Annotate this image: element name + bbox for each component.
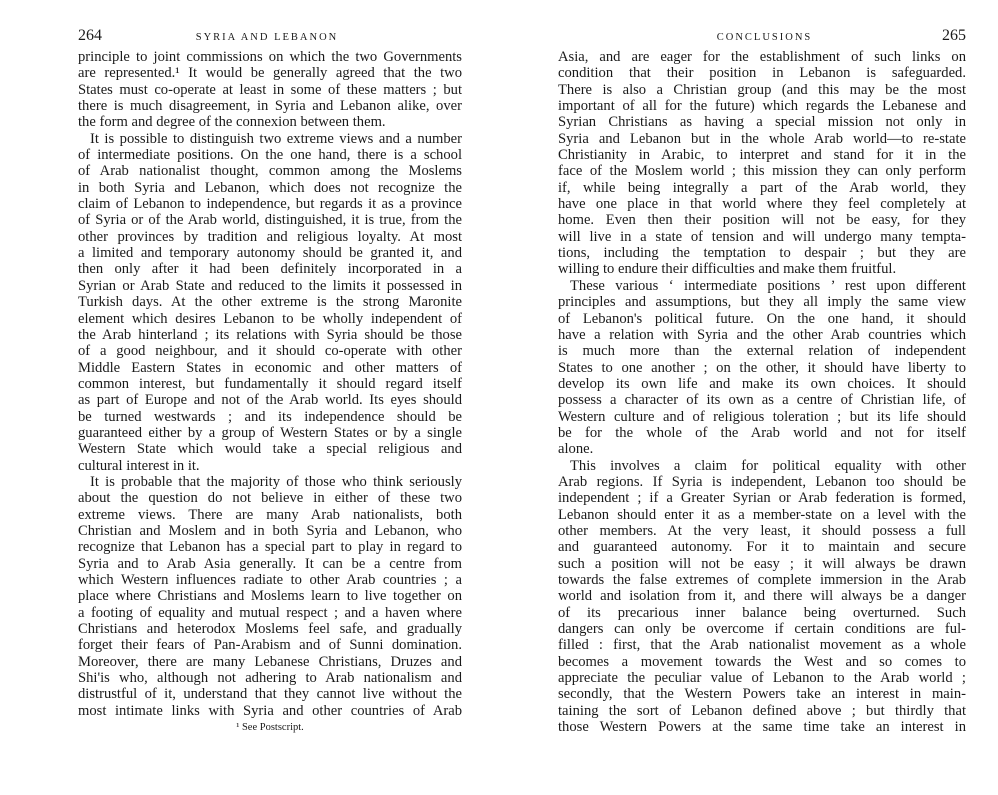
text-line: Christian and Moslem and in both Syria a… <box>78 523 462 539</box>
footnote: ¹ See Postscript. <box>78 722 462 733</box>
left-page: 264 SYRIA AND LEBANON principle to joint… <box>0 0 499 795</box>
body-text: principle to joint commissions on which … <box>78 49 462 719</box>
text-line: These various ‘ intermediate positions ’… <box>558 278 966 294</box>
text-line: filled : first, that the Arab nationalis… <box>558 637 966 653</box>
text-line: recognize that Lebanon has a special par… <box>78 539 462 555</box>
text-line: be turned westwards ; and its independen… <box>78 409 462 425</box>
text-line: Turkish days. At the other extreme is th… <box>78 294 462 310</box>
text-line: is much more than the external relation … <box>558 343 966 359</box>
right-page-header: CONCLUSIONS 265 <box>557 27 966 45</box>
text-line: There is also a Christian group (and thi… <box>558 82 966 98</box>
text-line: be for the whole of the Arab world and n… <box>558 425 966 441</box>
text-line: appreciate the peculiar value of Lebanon… <box>558 670 966 686</box>
running-head: SYRIA AND LEBANON <box>102 32 462 43</box>
text-line: are represented.¹ It would be generally … <box>78 65 462 81</box>
text-line: condition that their position in Lebanon… <box>558 65 966 81</box>
text-line: Shi'is who, although not adhering to Ara… <box>78 670 462 686</box>
text-line: of Arab nationalist thought, common amon… <box>78 163 462 179</box>
text-line: dangers can only be overcome if certain … <box>558 621 966 637</box>
page-number: 265 <box>942 27 966 45</box>
text-line: have one place in that world where they … <box>558 196 966 212</box>
text-line: alone. <box>558 441 966 457</box>
text-line: if, while being integrally a part of the… <box>558 180 966 196</box>
text-line: Syrian Christians as having a special mi… <box>558 114 966 130</box>
text-line: such a position will not be easy ; it wi… <box>558 556 966 572</box>
text-line: of Syria or of the Arab world, distingui… <box>78 212 462 228</box>
text-line: Lebanon should enter it as a member-stat… <box>558 507 966 523</box>
text-line: cultural interest in it. <box>78 458 462 474</box>
text-line: important of all for the future) which r… <box>558 98 966 114</box>
right-page: CONCLUSIONS 265 Asia, and are eager for … <box>499 0 998 795</box>
text-line: most intimate links with Syria and other… <box>78 703 462 719</box>
text-line: States to one another ; on the other, it… <box>558 360 966 376</box>
text-line: It is possible to distinguish two extrem… <box>78 131 462 147</box>
text-line: other members. At the very least, it sho… <box>558 523 966 539</box>
text-line: other provinces by tradition and religio… <box>78 229 462 245</box>
text-line: Christianity in Arabic, to interpret and… <box>558 147 966 163</box>
text-line: face of the Moslem world ; this mission … <box>558 163 966 179</box>
text-line: independent ; if a Greater Syrian or Ara… <box>558 490 966 506</box>
body-text: Asia, and are eager for the establishmen… <box>558 49 966 735</box>
text-line: becomes a movement towards the West and … <box>558 654 966 670</box>
text-line: element which desires Lebanon to be whol… <box>78 311 462 327</box>
text-line: guaranteed either by a group of Western … <box>78 425 462 441</box>
text-line: as part of Europe and not of the Arab wo… <box>78 392 462 408</box>
text-line: Arab regions. If Syria is independent, L… <box>558 474 966 490</box>
text-line: a limited and temporary autonomy should … <box>78 245 462 261</box>
text-line: about the question do not believe in eit… <box>78 490 462 506</box>
text-line: there is much disagreement, in Syria and… <box>78 98 462 114</box>
text-line: This involves a claim for political equa… <box>558 458 966 474</box>
text-line: develop its own life and make its own ch… <box>558 376 966 392</box>
text-line: principles and assumptions, but they all… <box>558 294 966 310</box>
text-line: which Western influences radiate to othe… <box>78 572 462 588</box>
text-line: Syria and to Arab Asia generally. It can… <box>78 556 462 572</box>
text-line: Syria and Lebanon but in the whole Arab … <box>558 131 966 147</box>
text-line: common interest, but fundamentally it sh… <box>78 376 462 392</box>
text-line: It is probable that the majority of thos… <box>78 474 462 490</box>
text-line: Syrian or Arab State and reduced to the … <box>78 278 462 294</box>
text-line: possess a character of its own as a cent… <box>558 392 966 408</box>
text-line: extreme views. There are many Arab natio… <box>78 507 462 523</box>
text-line: the Arab hinterland ; its relations with… <box>78 327 462 343</box>
text-line: have a relation with Syria and the other… <box>558 327 966 343</box>
text-line: and guaranteed autonomy. For it to maint… <box>558 539 966 555</box>
text-line: tions, including the temptation to despa… <box>558 245 966 261</box>
text-line: of intermediate positions. On the one ha… <box>78 147 462 163</box>
text-line: of Lebanon's political future. On the on… <box>558 311 966 327</box>
text-line: world and isolation from it, and there w… <box>558 588 966 604</box>
text-line: a footing of equality and mutual respect… <box>78 605 462 621</box>
text-line: those Western Powers at the same time ta… <box>558 719 966 735</box>
text-line: secondly, that the Western Powers take a… <box>558 686 966 702</box>
text-line: States must co-operate at least in some … <box>78 82 462 98</box>
text-line: place where Christians and Moslems learn… <box>78 588 462 604</box>
text-line: of its precarious inner balance being ov… <box>558 605 966 621</box>
text-line: Moreover, there are many Lebanese Christ… <box>78 654 462 670</box>
text-line: in both Syria and Lebanon, which does no… <box>78 180 462 196</box>
text-line: Western State which would take a special… <box>78 441 462 457</box>
text-line: distrustful of it, understand that they … <box>78 686 462 702</box>
text-line: Christians and heterodox Moslems feel sa… <box>78 621 462 637</box>
text-line: then only after it had been definitely i… <box>78 261 462 277</box>
text-line: the form and degree of the connexion bet… <box>78 114 462 130</box>
text-line: Asia, and are eager for the establishmen… <box>558 49 966 65</box>
running-head: CONCLUSIONS <box>557 32 942 43</box>
left-page-header: 264 SYRIA AND LEBANON <box>78 27 462 45</box>
text-line: principle to joint commissions on which … <box>78 49 462 65</box>
text-line: towards the false extremes of complete i… <box>558 572 966 588</box>
text-line: taining the sort of Lebanon defined abov… <box>558 703 966 719</box>
text-line: will live in a state of tension and will… <box>558 229 966 245</box>
text-line: home. Even then their position will not … <box>558 212 966 228</box>
text-line: willing to endure their difficulties and… <box>558 261 966 277</box>
text-line: Western culture and of religious tolerat… <box>558 409 966 425</box>
text-line: of a good neighbour, and it should co-op… <box>78 343 462 359</box>
text-line: claim of Lebanon to independence, but re… <box>78 196 462 212</box>
text-line: Middle Eastern States in economic and ot… <box>78 360 462 376</box>
text-line: forget their fears of Pan-Arabism and of… <box>78 637 462 653</box>
page-number: 264 <box>78 27 102 45</box>
